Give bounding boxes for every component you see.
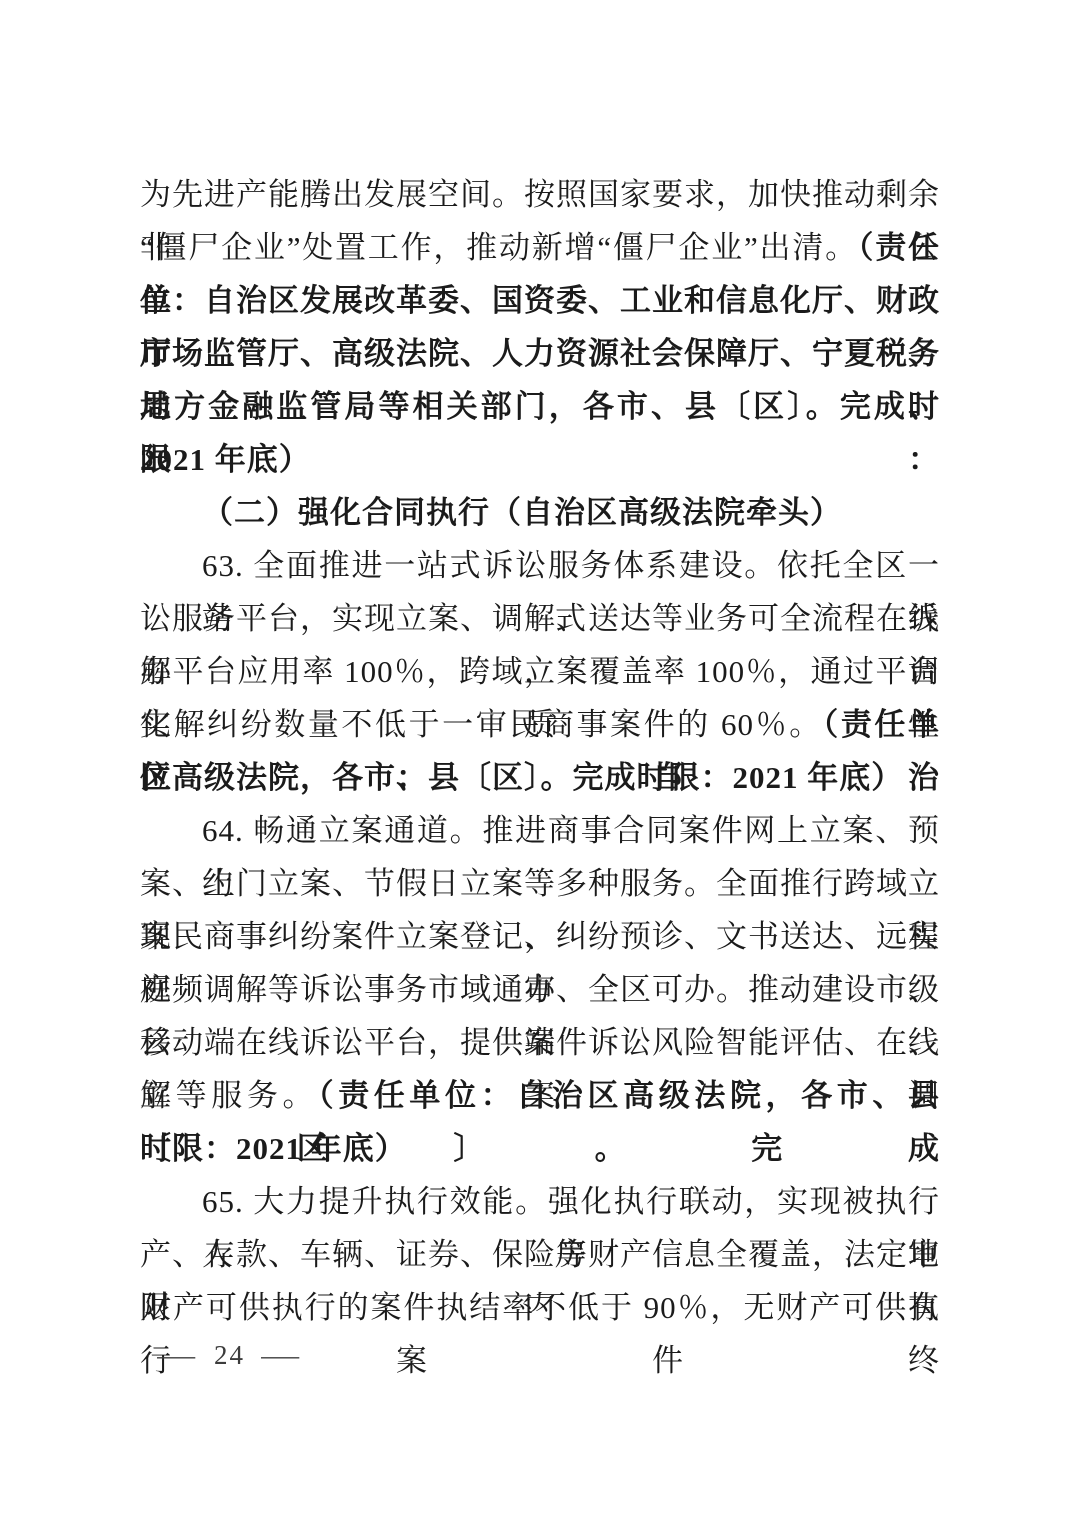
text-line: 65. 大力提升执行效能。强化执行联动，实现被执行人房地 <box>140 1175 940 1228</box>
bold-text-segment: 2021 年底） <box>140 442 311 477</box>
bold-text-segment: （二）强化合同执行（自治区高级法院牵头） <box>202 495 842 530</box>
footer-right-dash: — <box>261 1340 302 1371</box>
text-line: 产、存款、车辆、证券、保险等财产信息全覆盖，法定审限内有 <box>140 1228 940 1281</box>
text-line: 移动端在线诉讼平台，提供案件诉讼风险智能评估、在线立案调 <box>140 1016 940 1069</box>
text-line: 区高级法院，各市、县〔区〕。完成时限：2021 年底） <box>140 751 940 804</box>
document-body: 为先进产能腾出发展空间。按照国家要求，加快推动剩余非公“僵尸企业”处置工作，推动… <box>140 168 940 1334</box>
text-line: 案、上门立案、节假日立案等多种服务。全面推行跨域立案，实 <box>140 857 940 910</box>
bold-text-segment: 时限：2021 年底） <box>140 1131 407 1166</box>
page-footer: — 24 — <box>163 1340 296 1371</box>
text-segment: “僵尸企业”处置工作，推动新增“僵尸企业”出清。 <box>140 230 858 265</box>
text-line: 财产可供执行的案件执结率不低于 90％，无财产可供执行案件终 <box>140 1281 940 1334</box>
text-line: 讼服务平台，实现立案、调解、送达等业务可全流程在线办，调 <box>140 592 940 645</box>
footer-left-dash: — <box>157 1340 198 1371</box>
text-line: 63. 全面推进一站式诉讼服务体系建设。依托全区一站式诉 <box>140 539 940 592</box>
text-line: 64. 畅通立案通道。推进商事合同案件网上立案、预约立 <box>140 804 940 857</box>
bold-text-segment: 区高级法院，各市、县〔区〕。完成时限：2021 年底） <box>140 760 903 795</box>
text-line: 位：自治区发展改革委、国资委、工业和信息化厅、财政厅、 <box>140 274 940 327</box>
text-line: 现民商事纠纷案件立案登记、纠纷预诊、文书送达、远程庭审、 <box>140 910 940 963</box>
text-line: 解等服务。（责任单位：自治区高级法院，各市、县〔区〕。完成 <box>140 1069 940 1122</box>
text-line: 化解纠纷数量不低于一审民商事案件的 60％。（责任单位：自治 <box>140 698 940 751</box>
text-line: 地方金融监管局等相关部门，各市、县〔区〕。完成时限： <box>140 380 940 433</box>
text-line: “僵尸企业”处置工作，推动新增“僵尸企业”出清。（责任单 <box>140 221 940 274</box>
document-page: 为先进产能腾出发展空间。按照国家要求，加快推动剩余非公“僵尸企业”处置工作，推动… <box>0 0 1074 1520</box>
text-segment: 化解纠纷数量不低于一审民商事案件的 60％。 <box>140 707 823 742</box>
page-number: 24 <box>214 1340 245 1371</box>
text-line: 市场监管厅、高级法院、人力资源社会保障厅、宁夏税务局、 <box>140 327 940 380</box>
text-line: 为先进产能腾出发展空间。按照国家要求，加快推动剩余非公 <box>140 168 940 221</box>
text-segment: 解等服务。 <box>140 1078 318 1113</box>
text-line: 解平台应用率 100％，跨域立案覆盖率 100％，通过平台实质性 <box>140 645 940 698</box>
text-line: （二）强化合同执行（自治区高级法院牵头） <box>140 486 940 539</box>
text-line: 视频调解等诉讼事务市域通办、全区可办。推动建设市级云端、 <box>140 963 940 1016</box>
